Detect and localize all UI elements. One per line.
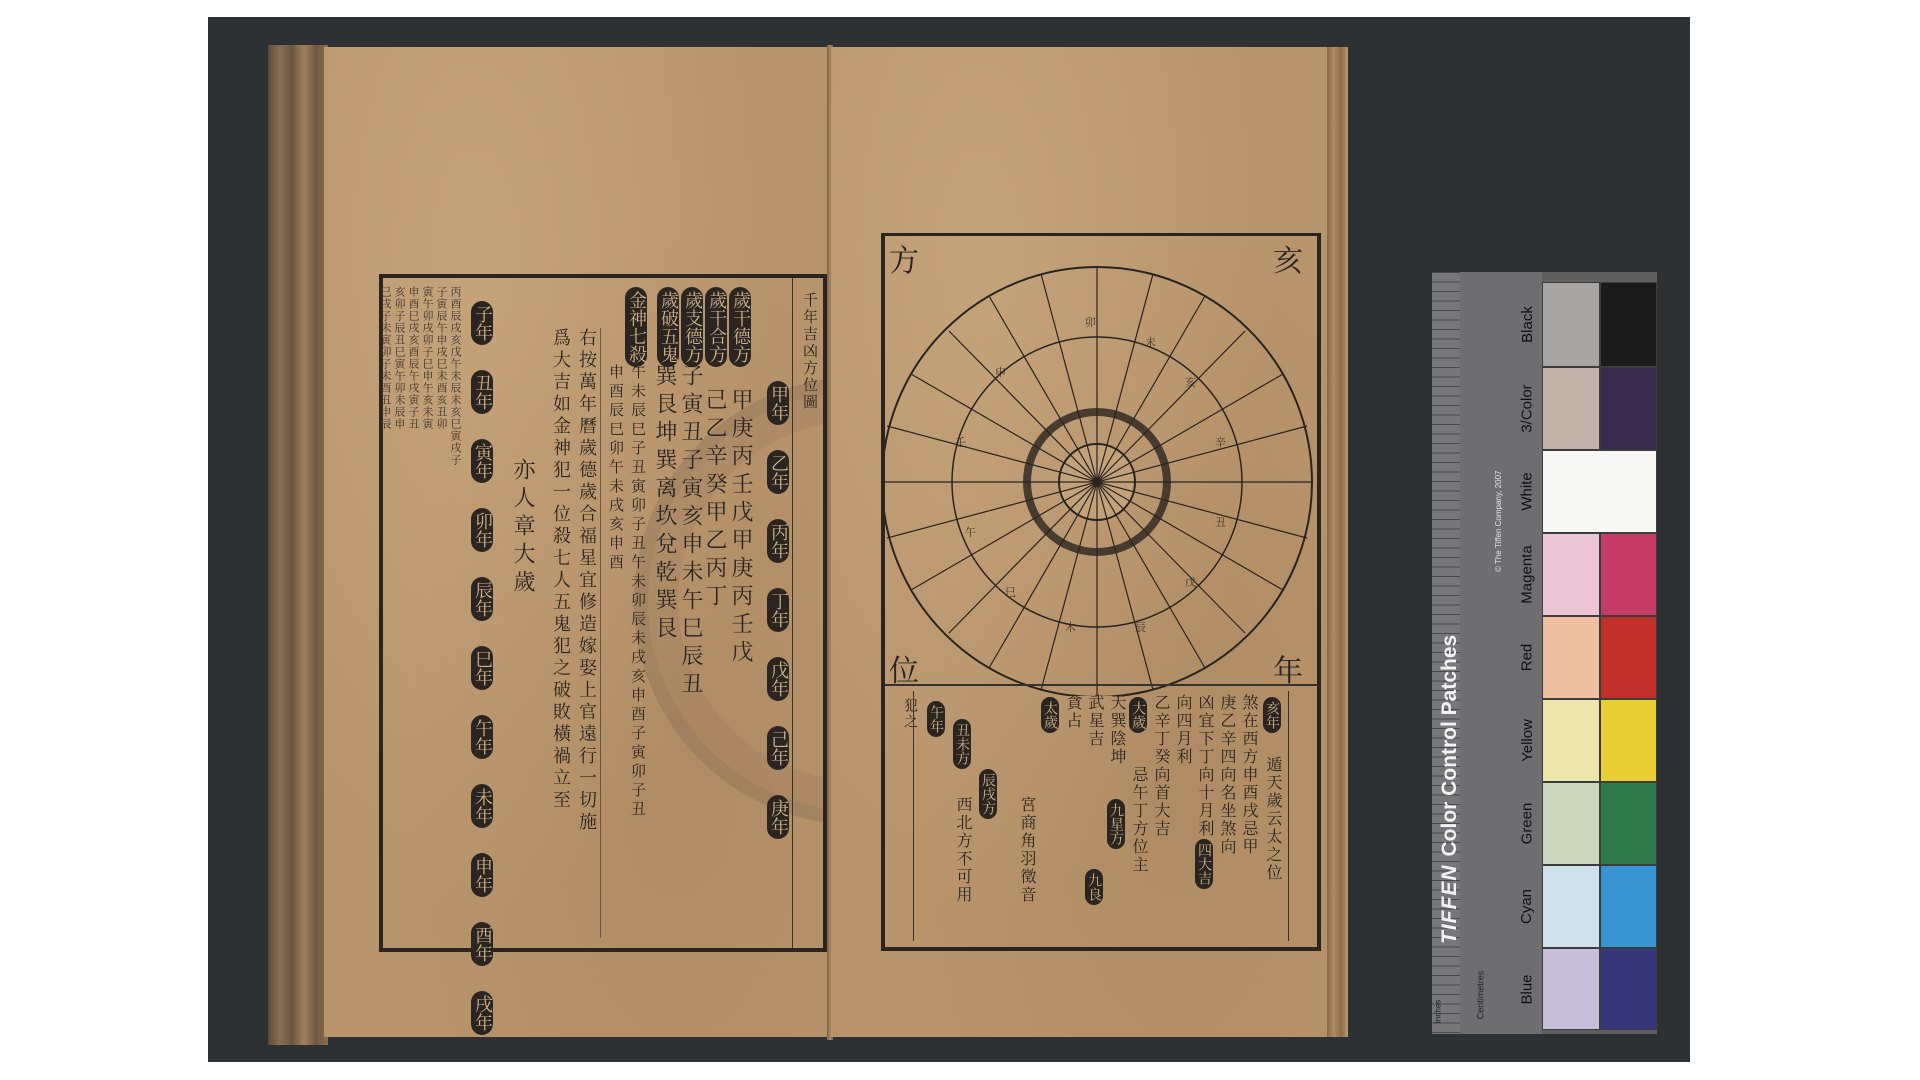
svg-text:辰: 辰: [1135, 621, 1146, 634]
dense-column: 巳戌子未寅卯子未酉丑申辰: [380, 286, 391, 430]
table-column: 向四月利: [1175, 694, 1191, 766]
patch-label-white: White: [1512, 450, 1542, 533]
grid-column: 午未辰巳子丑寅卯子丑午未卯辰未戌亥申酉子寅卯子丑: [630, 364, 645, 820]
patch-label-3color: 3/Color: [1512, 367, 1542, 450]
table-badge: 九星方: [1107, 796, 1125, 852]
dense-column: 丙酉辰戌亥戊午未辰未亥巳寅戌子: [450, 286, 461, 466]
table-column: 忌午丁方位主: [1131, 766, 1147, 874]
table-badge: 太歲: [1041, 694, 1059, 736]
table-column: 凶宜下丁向十月利: [1197, 694, 1213, 838]
grid-column: 己乙辛癸甲乙丙丁: [703, 388, 725, 612]
brand-strip: [1460, 272, 1512, 1034]
header-badge: 金神七殺: [625, 284, 647, 370]
grid-column: 甲庚丙壬戊甲庚丙壬戊: [729, 388, 751, 668]
badge: 丙年: [767, 519, 789, 563]
badge: 己年: [767, 726, 789, 770]
patch-magenta-dark: [1600, 533, 1657, 616]
patch-3color-dark: [1600, 367, 1657, 450]
right-page: 方 亥 位 年: [831, 47, 1327, 1037]
patch-red-dark: [1600, 616, 1657, 699]
header-badge: 歲支德方: [681, 284, 703, 370]
grid-column: 申酉辰巳卯午未戌亥申酉: [608, 364, 623, 573]
patch-magenta-light: [1542, 533, 1600, 616]
open-book: 千年吉凶方位圖 甲年 乙年 丙年 丁年 戊年 己年 庚年 歲干德方 歲干合方 歲…: [268, 45, 1348, 1045]
svg-text:巳: 巳: [1005, 586, 1016, 599]
note-column: 右按萬年曆歲德歲合福星宜修造嫁娶上官遠行一切施: [577, 328, 595, 834]
table-column: 犯之: [903, 698, 917, 730]
patch-green-dark: [1600, 782, 1657, 865]
svg-text:午: 午: [965, 525, 976, 539]
compass-wheel-diagram: 卯未亥 辛丑戊 辰木巳 午壬申: [885, 236, 1325, 696]
table-divider: [885, 684, 1317, 686]
grid-column: 子寅丑子寅亥申未午巳辰丑: [679, 364, 701, 700]
svg-text:亥: 亥: [1185, 375, 1196, 389]
badge: 丁年: [767, 588, 789, 632]
column-rule: [792, 278, 793, 948]
patch-yellow-light: [1542, 699, 1600, 782]
column-rule: [1288, 691, 1289, 941]
table-column: 遁天歲云太之位: [1265, 756, 1281, 882]
patch-label-yellow: Yellow: [1512, 699, 1542, 782]
patch-red-light: [1542, 616, 1600, 699]
copyright-text: © The Tiffen Company, 2007: [1494, 470, 1503, 572]
table-badge: 午年: [927, 698, 945, 740]
column-rule: [600, 328, 601, 938]
ruler-unit-cm: Centimetres: [1475, 971, 1485, 1020]
note-column: 亦人章大歲: [511, 458, 533, 598]
patch-green-light: [1542, 782, 1600, 865]
title-column: 千年吉凶方位圖: [802, 292, 817, 411]
patch-label-black: Black: [1512, 282, 1542, 367]
svg-text:木: 木: [1065, 620, 1076, 634]
patch-label-green: Green: [1512, 782, 1542, 865]
header-badge: 歲干德方: [729, 284, 751, 370]
table-badge: 九良: [1085, 866, 1103, 908]
dense-column: 亥卯子辰丑巳寅午卯未辰申: [394, 286, 405, 430]
dense-column: 申酉巳戌亥酉辰午戌寅子丑: [408, 286, 419, 430]
table-column: 庚乙辛四向名坐煞向: [1219, 694, 1235, 856]
svg-text:戊: 戊: [1185, 575, 1196, 589]
patch-black-light: [1542, 282, 1600, 367]
card-title: TIFFENColor Control Patches: [1438, 524, 1462, 944]
patch-blue-light: [1542, 948, 1600, 1030]
table-column: 貪占: [1065, 694, 1081, 730]
table-column: 宮商角羽徵音: [1019, 796, 1035, 904]
svg-text:卯: 卯: [1085, 315, 1096, 329]
patch-blue-dark: [1600, 948, 1657, 1030]
badge: 庚年: [767, 795, 789, 839]
table-column: 武星吉: [1087, 694, 1103, 748]
badge: 戊年: [767, 657, 789, 701]
badge: 甲年: [767, 381, 789, 425]
badge: 乙年: [767, 450, 789, 494]
dense-column: 子寅辰午申戌巳未酉亥丑卯: [436, 286, 447, 430]
year-badge-column: 甲年 乙年 丙年 丁年 戊年 己年 庚年: [767, 378, 789, 842]
patch-label-red: Red: [1512, 616, 1542, 699]
patch-label-magenta: Magenta: [1512, 533, 1542, 616]
table-badge: 四大吉: [1195, 836, 1213, 892]
table-badge: 丑未方: [953, 716, 971, 772]
note-column: 爲大吉如金神犯一位殺七人五鬼犯之破敗橫禍立至: [551, 328, 569, 812]
patch-3color-light: [1542, 367, 1600, 450]
patch-black-dark: [1600, 282, 1657, 367]
page-edges-left: [268, 45, 328, 1045]
patch-white: [1542, 450, 1657, 533]
table-column: 西北方不可用: [955, 796, 971, 904]
table-badge: 辰戌方: [979, 766, 997, 822]
table-column: 天巽陰坤: [1109, 694, 1125, 766]
table-badge: 大歲: [1129, 694, 1147, 736]
patch-yellow-dark: [1600, 699, 1657, 782]
page-edges-right: [1326, 47, 1348, 1037]
svg-text:壬: 壬: [955, 436, 966, 449]
patch-cyan-dark: [1600, 865, 1657, 948]
left-page: 千年吉凶方位圖 甲年 乙年 丙年 丁年 戊年 己年 庚年 歲干德方 歲干合方 歲…: [324, 47, 831, 1037]
patch-label-cyan: Cyan: [1512, 865, 1542, 948]
table-badge: 亥年: [1263, 694, 1281, 736]
header-badge: 歲干合方: [705, 284, 727, 370]
year-badge-column-left: 子年 丑年 寅年 卯年 辰年 巳年 午年 未年 申年 酉年 戌年: [471, 298, 493, 1038]
table-column: 煞在西方申酉戌忌甲: [1241, 694, 1257, 856]
color-control-card: Inches TIFFENColor Control Patches Centi…: [1432, 272, 1657, 1034]
svg-text:辛: 辛: [1215, 436, 1226, 449]
patch-label-blue: Blue: [1512, 948, 1542, 1030]
patch-cyan-light: [1542, 865, 1600, 948]
svg-text:未: 未: [1145, 335, 1156, 349]
left-print-frame: 千年吉凶方位圖 甲年 乙年 丙年 丁年 戊年 己年 庚年 歲干德方 歲干合方 歲…: [379, 274, 829, 952]
grid-column: 巽艮坤巽离坎兌乾巽艮: [653, 364, 675, 644]
tiffen-logo: TIFFEN: [1438, 865, 1461, 945]
svg-text:丑: 丑: [1215, 516, 1226, 529]
header-badge: 歲破五鬼: [657, 284, 679, 370]
right-print-frame: 方 亥 位 年: [881, 233, 1321, 951]
dense-column: 寅午卯戌卯子巳申午亥未寅: [422, 286, 433, 430]
table-column: 乙辛丁癸向首大吉: [1153, 694, 1169, 838]
svg-text:申: 申: [995, 365, 1006, 379]
ruler-unit-inches: Inches: [1433, 1000, 1442, 1024]
